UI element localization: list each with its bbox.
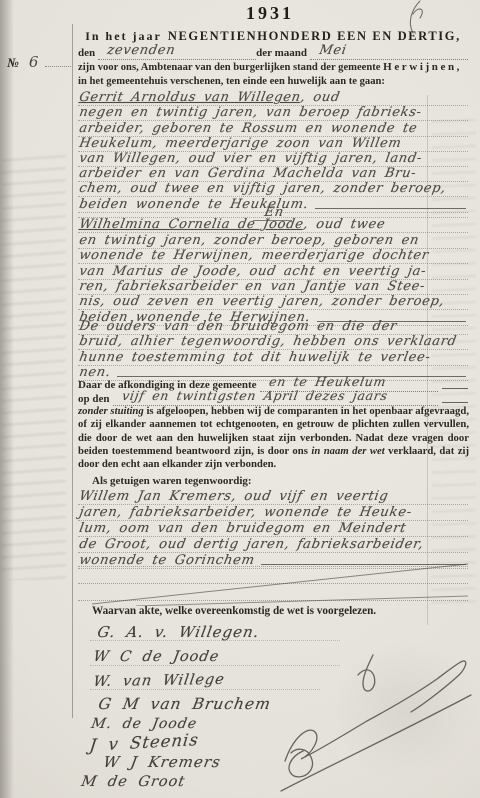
act-number: № 6 xyxy=(7,53,71,72)
scan-edge xyxy=(0,0,14,798)
act-number-value: 6 xyxy=(29,53,39,71)
signature-mother-groom: G M van Bruchem xyxy=(97,695,269,714)
label-der-maand: der maand xyxy=(256,47,310,60)
date-fill-line: den zevenden der maand Mei xyxy=(78,45,468,60)
handwritten-line: De ouders van den bruidegom en die der xyxy=(78,319,468,335)
groom-paragraph: Gerrit Arnoldus van Willegen, oud negen … xyxy=(78,91,468,213)
en-divider: En xyxy=(78,203,468,218)
handwritten-line: Willem Jan Kremers, oud vijf en veertig xyxy=(78,489,468,505)
handwritten-line: Heukelum, meerderjarige zoon van Willem xyxy=(78,137,468,152)
handwritten-line: hunne toestemming tot dit huwelijk te ve… xyxy=(78,350,468,366)
marriage-certificate-scan: 1931 № 6 In het jaarNEGENTIENHONDERD EEN… xyxy=(0,0,480,798)
handwritten-line: ren, fabrieksarbeider en van Jantje van … xyxy=(78,280,468,295)
strikethrough-lines xyxy=(78,554,470,606)
bride-name: Wilhelmina Cornelia de Joode xyxy=(78,217,305,232)
signature-groom: G. A. v. Willegen. xyxy=(96,623,258,642)
official-signature xyxy=(273,643,479,795)
closing-line: Waarvan akte, welke overeenkomstig de we… xyxy=(78,605,376,617)
vows-paragraph: zonder stuiting is afgeloopen, hebben wi… xyxy=(78,405,469,472)
signature-mother-bride: J v Steenis xyxy=(88,730,198,756)
handwritten-line: Gerrit Arnoldus van Willegen, oud xyxy=(78,91,468,106)
zonder-stuiting-phrase: zonder stuiting xyxy=(78,405,144,417)
fill-dash xyxy=(442,402,468,403)
groom-name: Gerrit Arnoldus van Willegen xyxy=(78,90,302,105)
handwritten-line: chem, oud twee en vijftig jaren, zonder … xyxy=(78,182,468,197)
handwritten-line: van Marius de Joode, oud acht en veertig… xyxy=(78,264,468,279)
numero-symbol: № xyxy=(7,55,19,70)
in-naam-der-wet-phrase: in naam der wet xyxy=(311,445,384,457)
handwritten-line: arbeider, geboren te Rossum en wonende t… xyxy=(78,121,468,136)
signature-bride: W C de Joode xyxy=(92,649,218,666)
date-blank: vijf en twintigsten April dezes jaars xyxy=(113,387,439,406)
handwritten-line: lum, oom van den bruidegom en Meindert xyxy=(78,521,468,537)
proclamation-date-line: op den vijf en twintigsten April dezes j… xyxy=(78,391,468,406)
gemeente-name: Herwijnen, xyxy=(383,61,462,73)
handwritten-line: de Groot, oud dertig jaren, fabrieksarbe… xyxy=(78,537,468,553)
handwritten-line: wonende te Herwijnen, meerderjarige doch… xyxy=(78,249,468,264)
officer-line: zijn voor ons, Ambtenaar van den burgerl… xyxy=(78,61,470,73)
fill-dash xyxy=(442,388,468,389)
handwritten-month: Mei xyxy=(318,43,348,58)
venue-text: in het gemeentehuis verschenen, xyxy=(78,76,223,87)
handwritten-line: arbeider en van Gerdina Machelda van Bru… xyxy=(78,167,468,182)
handwritten-line: Wilhelmina Cornelia de Joode, oud twee xyxy=(78,218,468,233)
handwritten-day: zevenden xyxy=(106,43,177,58)
signature-witness-2: M de Groot xyxy=(80,774,184,791)
officer-text: zijn voor ons, Ambtenaar van den burgerl… xyxy=(78,62,381,73)
handwritten-date: vijf en twintigsten April dezes jaars xyxy=(121,388,389,403)
dotted-rule xyxy=(45,66,71,67)
day-blank: zevenden xyxy=(98,41,256,60)
label-den: den xyxy=(78,47,98,60)
month-blank: Mei xyxy=(310,41,468,60)
handwritten-line: jaren, fabrieksarbeider, wonende te Heuk… xyxy=(78,505,468,521)
handwritten-line: van Willegen, oud vier en vijftig jaren,… xyxy=(78,152,468,167)
purpose-text: ten einde een huwelijk aan te gaan: xyxy=(226,76,385,87)
handwritten-line: negen en twintig jaren, van beroep fabri… xyxy=(78,106,468,121)
bride-paragraph: Wilhelmina Cornelia de Joode, oud twee e… xyxy=(78,218,468,326)
venue-line: in het gemeentehuis verschenen, ten eind… xyxy=(78,76,470,87)
signature-father-groom: W. van Willege xyxy=(92,672,224,691)
signature-witness-1: W J Kremers xyxy=(102,753,219,772)
handwritten-line: nis, oud zeven en veertig jaren, zonder … xyxy=(78,295,468,310)
margin-rule xyxy=(72,24,73,718)
handwritten-line: en twintig jaren, zonder beroep, geboren… xyxy=(78,233,468,248)
handwritten-line: bruid, alhier tegenwoordig, hebben ons v… xyxy=(78,335,468,351)
witnesses-heading: Als getuigen waren tegenwoordig: xyxy=(78,475,252,487)
